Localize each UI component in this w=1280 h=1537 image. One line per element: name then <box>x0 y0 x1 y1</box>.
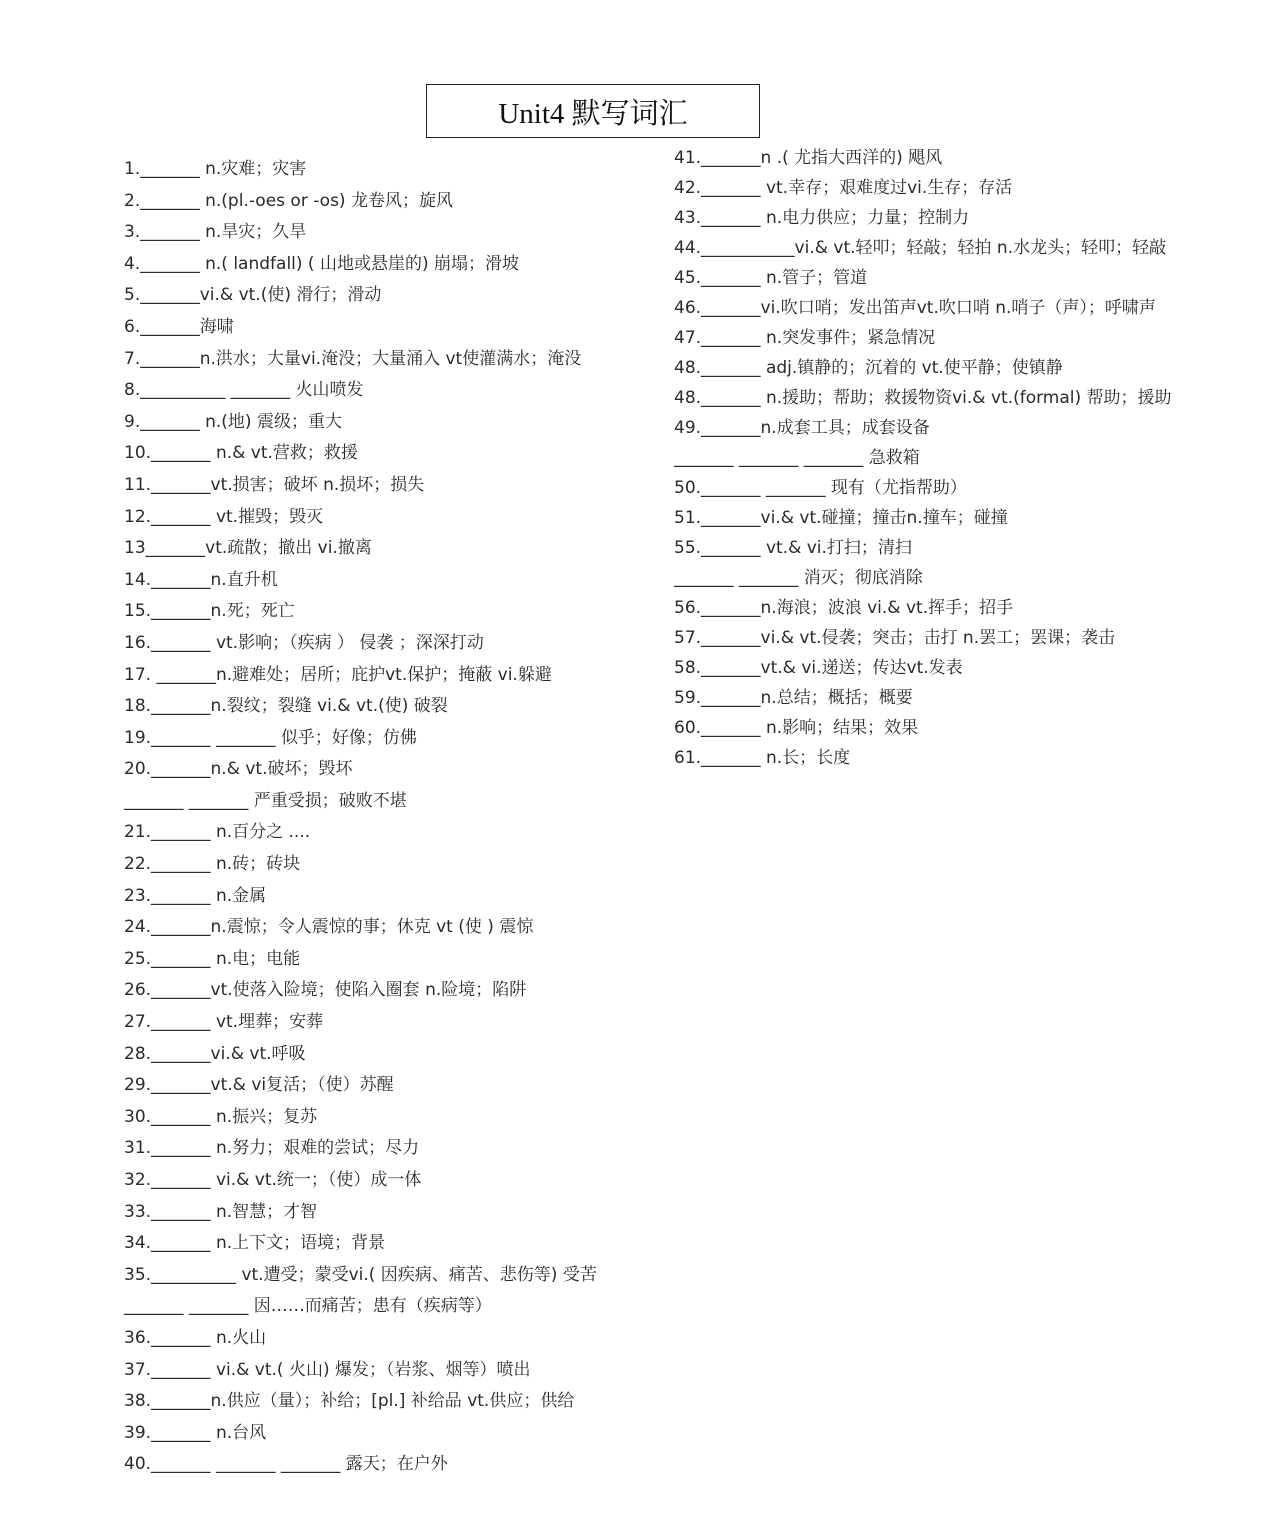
worksheet-title-box: Unit4 默写词汇 <box>426 84 760 138</box>
vocab-item: 41._______n .( 尤指大西洋的) 飓风 <box>674 150 1172 180</box>
vocab-item: 9._______ n.(地) 震级；重大 <box>124 414 597 446</box>
vocab-item: 16._______ vt.影响；（疾病 ） 侵袭 ；深深打动 <box>124 635 597 667</box>
vocab-item: 12._______ vt.摧毁；毁灭 <box>124 509 597 541</box>
vocab-item: 57._______vi.& vt.侵袭；突击；击打 n.罢工；罢课；袭击 <box>674 630 1172 660</box>
vocab-item: _______ _______ _______ 急救箱 <box>674 450 1172 480</box>
vocab-item: _______ _______ 严重受损；破败不堪 <box>124 793 597 825</box>
vocab-item: 37._______ vi.& vt.( 火山) 爆发；（岩浆、烟等）喷出 <box>124 1362 597 1394</box>
vocab-item: 50._______ _______ 现有（尤指帮助） <box>674 480 1172 510</box>
vocab-item: 49._______n.成套工具；成套设备 <box>674 420 1172 450</box>
vocab-item: 25._______ n.电；电能 <box>124 951 597 983</box>
vocab-item: 21._______ n.百分之 .... <box>124 824 597 856</box>
left-column: 1._______ n.灾难；灾害2._______ n.(pl.-oes or… <box>124 161 597 1488</box>
vocab-item: 28._______vi.& vt.呼吸 <box>124 1046 597 1078</box>
vocab-item: 39._______ n.台风 <box>124 1425 597 1457</box>
vocab-item: 43._______ n.电力供应；力量；控制力 <box>674 210 1172 240</box>
vocab-item: 23._______ n.金属 <box>124 888 597 920</box>
vocab-item: 48._______ n.援助；帮助；救援物资vi.& vt.(formal) … <box>674 390 1172 420</box>
vocab-item: 19._______ _______ 似乎；好像；仿佛 <box>124 730 597 762</box>
vocab-item: 61._______ n.长；长度 <box>674 750 1172 780</box>
vocab-item: 51._______vi.& vt.碰撞；撞击n.撞车；碰撞 <box>674 510 1172 540</box>
vocab-item: 4._______ n.( landfall) ( 山地或悬崖的) 崩塌；滑坡 <box>124 256 597 288</box>
vocab-item: 59._______n.总结；概括；概要 <box>674 690 1172 720</box>
vocab-item: 36._______ n.火山 <box>124 1330 597 1362</box>
vocab-item: 40._______ _______ _______ 露天；在户外 <box>124 1456 597 1488</box>
vocab-item: 15._______n.死；死亡 <box>124 603 597 635</box>
vocab-item: 17. _______n.避难处；居所；庇护vt.保护；掩蔽 vi.躲避 <box>124 667 597 699</box>
vocab-item: 33._______ n.智慧；才智 <box>124 1204 597 1236</box>
vocab-item: 11._______vt.损害；破坏 n.损坏；损失 <box>124 477 597 509</box>
vocab-item: 18._______n.裂纹；裂缝 vi.& vt.(使) 破裂 <box>124 698 597 730</box>
vocab-item: 27._______ vt.埋葬；安葬 <box>124 1014 597 1046</box>
vocab-item: 58._______vt.& vi.递送；传达vt.发表 <box>674 660 1172 690</box>
vocab-item: 29._______vt.& vi复活；（使）苏醒 <box>124 1077 597 1109</box>
vocab-item: 5._______vi.& vt.(使) 滑行；滑动 <box>124 287 597 319</box>
vocab-item: _______ _______ 消灭；彻底消除 <box>674 570 1172 600</box>
vocab-item: 1._______ n.灾难；灾害 <box>124 161 597 193</box>
vocab-item: 7._______n.洪水；大量vi.淹没；大量涌入 vt使灌满水；淹没 <box>124 351 597 383</box>
vocab-item: 8.__________ _______ 火山喷发 <box>124 382 597 414</box>
vocab-item: 48._______ adj.镇静的；沉着的 vt.使平静；使镇静 <box>674 360 1172 390</box>
vocab-item: 34._______ n.上下文；语境；背景 <box>124 1235 597 1267</box>
vocab-item: 20._______n.& vt.破坏；毁坏 <box>124 761 597 793</box>
vocab-item: 24._______n.震惊；令人震惊的事；休克 vt (使 ) 震惊 <box>124 919 597 951</box>
vocab-item: 10._______ n.& vt.营救；救援 <box>124 445 597 477</box>
vocab-item: 22._______ n.砖；砖块 <box>124 856 597 888</box>
vocab-item: 26._______vt.使落入险境；使陷入圈套 n.险境；陷阱 <box>124 982 597 1014</box>
vocab-item: 32._______ vi.& vt.统一；（使）成一体 <box>124 1172 597 1204</box>
vocab-item: 55._______ vt.& vi.打扫；清扫 <box>674 540 1172 570</box>
vocab-item: 3._______ n.旱灾；久旱 <box>124 224 597 256</box>
vocab-item: 2._______ n.(pl.-oes or -os) 龙卷风；旋风 <box>124 193 597 225</box>
vocab-item: 38._______n.供应（量）；补给；[pl.] 补给品 vt.供应；供给 <box>124 1393 597 1425</box>
right-column: 41._______n .( 尤指大西洋的) 飓风42._______ vt.幸… <box>674 150 1172 780</box>
vocab-item: 31._______ n.努力；艰难的尝试；尽力 <box>124 1140 597 1172</box>
vocab-item: 14._______n.直升机 <box>124 572 597 604</box>
vocab-item: 46._______vi.吹口哨；发出笛声vt.吹口哨 n.哨子（声）；呼啸声 <box>674 300 1172 330</box>
vocab-item: 42._______ vt.幸存；艰难度过vi.生存；存活 <box>674 180 1172 210</box>
vocab-item: 6._______海啸 <box>124 319 597 351</box>
vocab-item: 13_______vt.疏散；撤出 vi.撤离 <box>124 540 597 572</box>
vocab-item: 30._______ n.振兴；复苏 <box>124 1109 597 1141</box>
vocab-item: 47._______ n.突发事件；紧急情况 <box>674 330 1172 360</box>
vocab-item: 56._______n.海浪；波浪 vi.& vt.挥手；招手 <box>674 600 1172 630</box>
vocab-item: 35.__________ vt.遭受；蒙受vi.( 因疾病、痛苦、悲伤等) 受… <box>124 1267 597 1299</box>
vocab-item: 45._______ n.管子；管道 <box>674 270 1172 300</box>
worksheet-title: Unit4 默写词汇 <box>498 91 687 132</box>
vocab-item: _______ _______ 因……而痛苦；患有（疾病等） <box>124 1298 597 1330</box>
vocab-item: 60._______ n.影响；结果；效果 <box>674 720 1172 750</box>
vocab-item: 44.___________vi.& vt.轻叩；轻敲；轻拍 n.水龙头；轻叩；… <box>674 240 1172 270</box>
